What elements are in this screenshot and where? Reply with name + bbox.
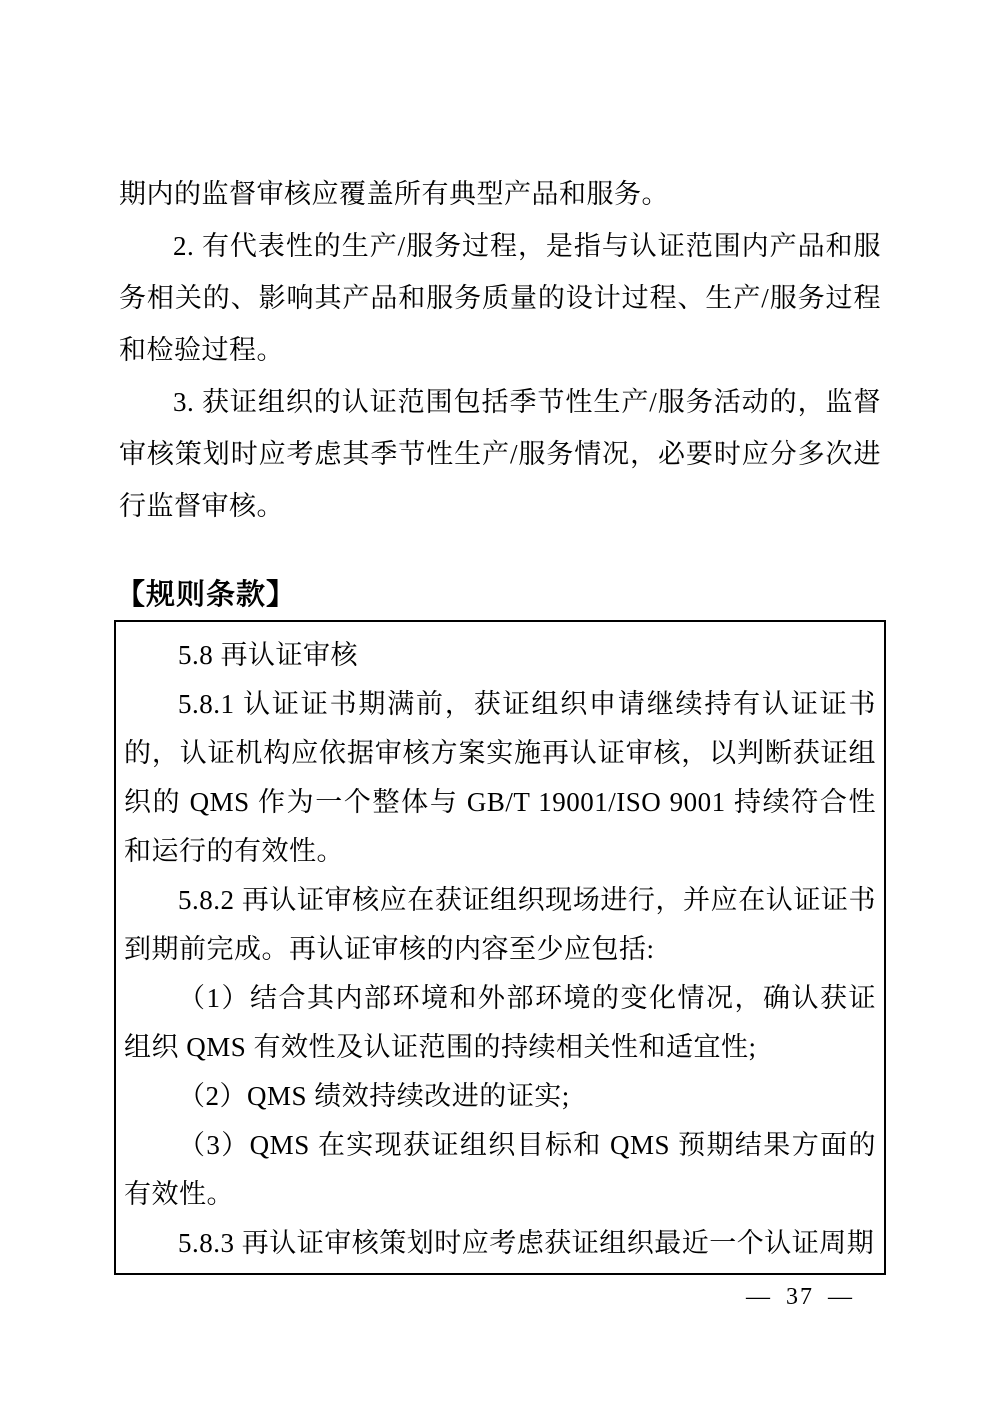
- document-page: 期内的监督审核应覆盖所有典型产品和服务。 2. 有代表性的生产/服务过程，是指与…: [0, 0, 1000, 1414]
- paragraph-item-3: 3. 获证组织的认证范围包括季节性生产/服务活动的，监督审核策划时应考虑其季节性…: [114, 376, 886, 532]
- clause-5-8-2-item-2: （2）QMS 绩效持续改进的证实;: [124, 1072, 876, 1121]
- paragraph-continuation: 期内的监督审核应覆盖所有典型产品和服务。: [114, 168, 886, 220]
- rule-clause-box: 5.8 再认证审核 5.8.1 认证证书期满前，获证组织申请继续持有认证证书的，…: [114, 620, 886, 1275]
- section-heading-rule-clauses: 【规则条款】: [116, 578, 886, 612]
- paragraph-item-2: 2. 有代表性的生产/服务过程，是指与认证范围内产品和服务相关的、影响其产品和服…: [114, 220, 886, 376]
- page-number: — 37 —: [746, 1283, 854, 1311]
- clause-5-8-title: 5.8 再认证审核: [124, 631, 876, 680]
- clause-5-8-2: 5.8.2 再认证审核应在获证组织现场进行，并应在认证证书到期前完成。再认证审核…: [124, 876, 876, 974]
- page-content: 期内的监督审核应覆盖所有典型产品和服务。 2. 有代表性的生产/服务过程，是指与…: [0, 0, 1000, 1275]
- clause-5-8-2-item-3: （3）QMS 在实现获证组织目标和 QMS 预期结果方面的有效性。: [124, 1121, 876, 1219]
- clause-5-8-2-item-1: （1）结合其内部环境和外部环境的变化情况，确认获证组织 QMS 有效性及认证范围…: [124, 974, 876, 1072]
- clause-5-8-1: 5.8.1 认证证书期满前，获证组织申请继续持有认证证书的，认证机构应依据审核方…: [124, 680, 876, 876]
- clause-5-8-3: 5.8.3 再认证审核策划时应考虑获证组织最近一个认证周期: [124, 1219, 876, 1268]
